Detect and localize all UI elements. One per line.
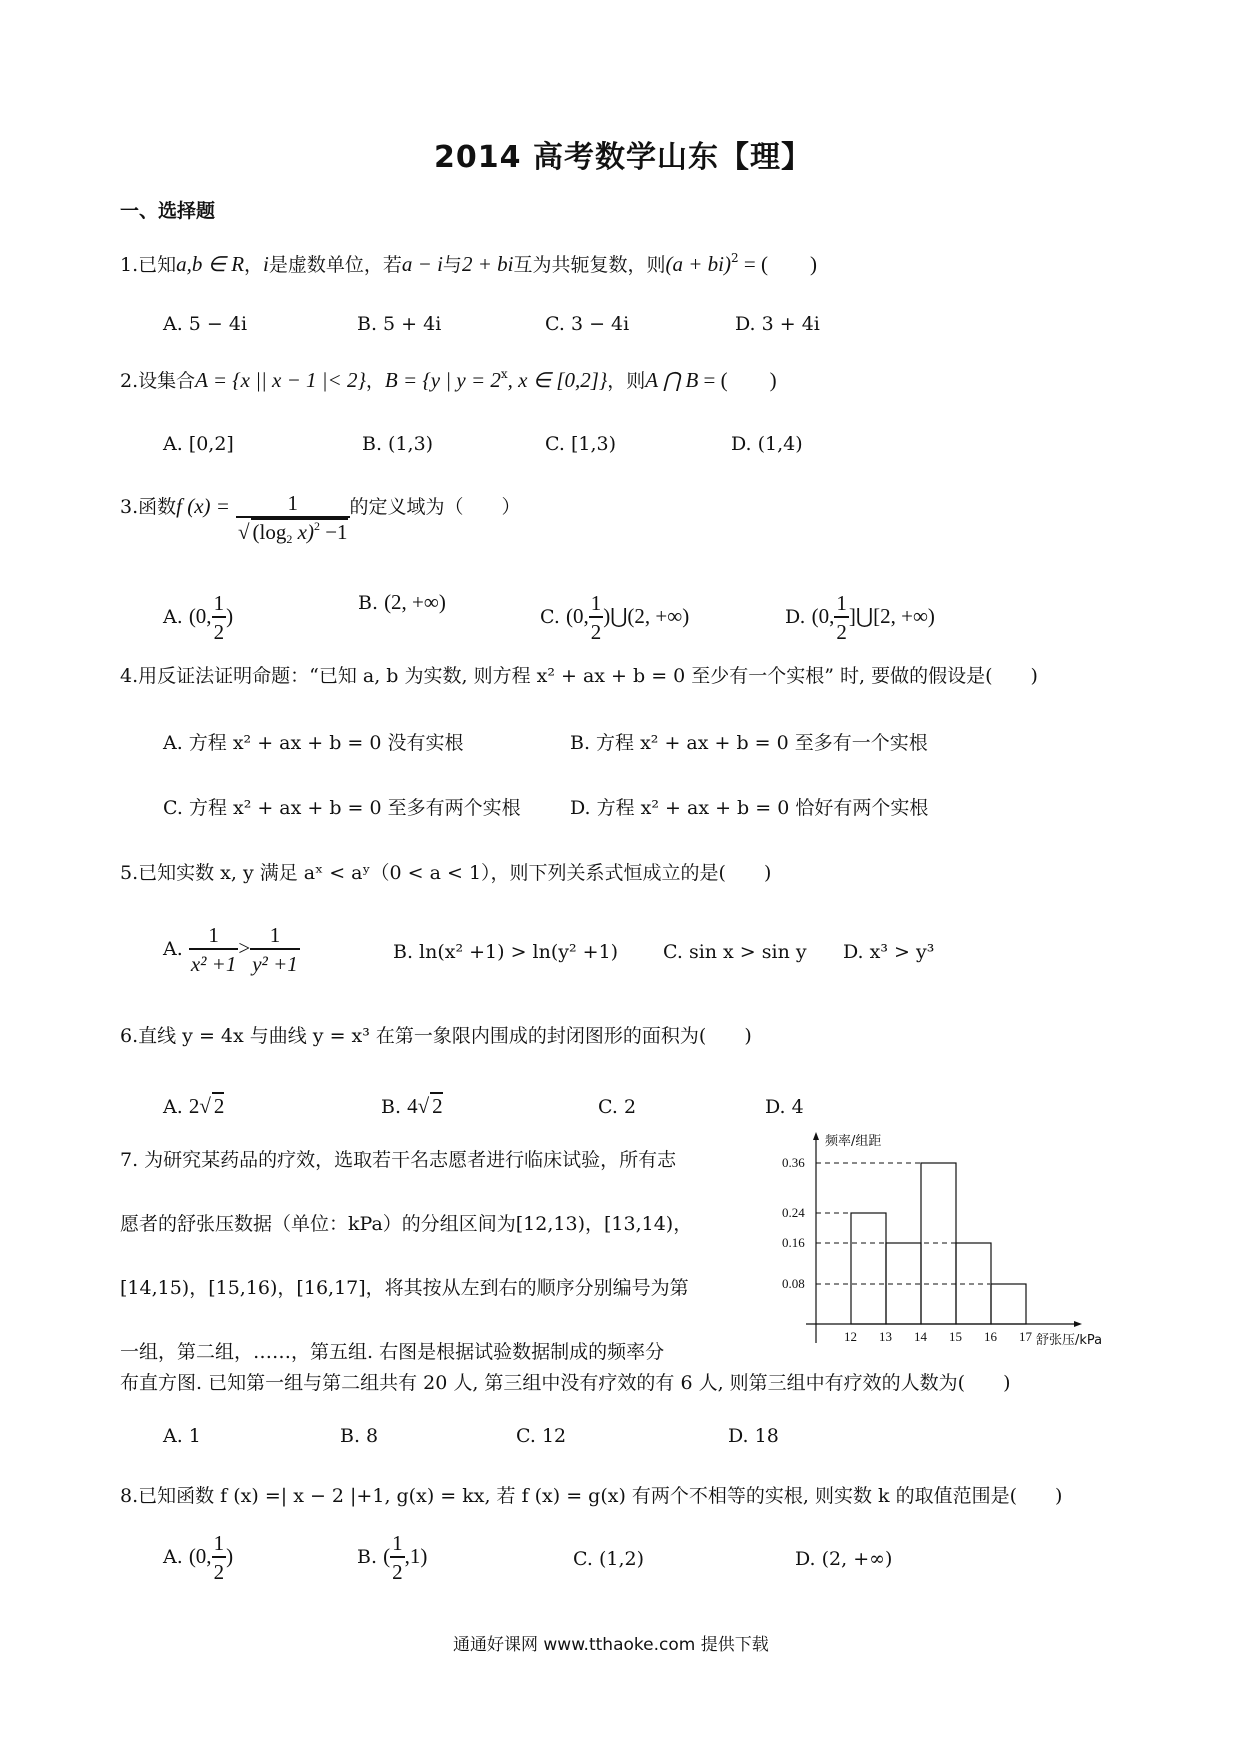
q7-line-5: 布直方图. 已知第一组与第二组共有 20 人, 第三组中没有疗效的有 6 人, … xyxy=(120,1371,1011,1395)
question-3: 3.函数f (x) = 1 √(log2 x)2 −1 的定义域为（ ） xyxy=(120,490,521,546)
math: A = {x || x − 1 |< 2} xyxy=(195,368,366,392)
q7-line-3: [14,15)，[15,16)，[16,17]，将其按从左到右的顺序分别编号为第 xyxy=(120,1276,689,1300)
x-tick-17: 17 xyxy=(1019,1329,1032,1345)
question-stem: 已知函数 f (x) =| x − 2 |+1, g(x) = kx, 若 f … xyxy=(138,1485,1062,1507)
math: ) xyxy=(226,604,233,628)
numerator: 1 xyxy=(250,922,300,950)
radical: (log2 x)2 −1 xyxy=(251,518,348,544)
q1-option-b: B. 5 + 4i xyxy=(357,312,441,336)
text: 的定义域为（ ） xyxy=(350,496,521,518)
y-tick-024: 0.24 xyxy=(782,1205,805,1221)
y-tick-036: 0.36 xyxy=(782,1155,805,1171)
q2-option-c: C. [1,3) xyxy=(545,432,616,456)
q1-option-d: D. 3 + 4i xyxy=(735,312,820,336)
numerator: 1 xyxy=(589,590,604,618)
x-tick-12: 12 xyxy=(844,1329,857,1345)
fraction: 12 xyxy=(212,590,227,646)
math: (log xyxy=(253,520,287,544)
q8-option-d: D. (2, +∞) xyxy=(795,1547,892,1571)
q8-option-b: B. (12,1) xyxy=(357,1530,427,1586)
math: 2 + bi xyxy=(462,252,514,276)
q7-option-c: C. 12 xyxy=(516,1424,566,1448)
math: (a + bi) xyxy=(665,252,731,276)
option-label: C. xyxy=(540,606,560,628)
denominator: √(log2 x)2 −1 xyxy=(236,518,350,546)
question-stem: 直线 y = 4x 与曲线 y = x³ 在第一象限内围成的封闭图形的面积为( … xyxy=(138,1025,752,1047)
numerator: 1 xyxy=(212,1530,227,1558)
option-label: B. xyxy=(358,592,378,614)
q5-option-b: B. ln(x² +1) > ln(y² +1) xyxy=(393,940,618,964)
question-stem: 用反证法证明命题：“已知 a, b 为实数, 则方程 x² + ax + b =… xyxy=(138,665,1038,687)
question-number: 3. xyxy=(120,496,138,518)
text: 已知 xyxy=(138,254,176,276)
text: ， xyxy=(244,254,263,276)
q2-option-d: D. (1,4) xyxy=(731,432,803,456)
denominator: 2 xyxy=(212,1558,227,1586)
q3-option-b: B. (2, +∞) xyxy=(358,590,446,615)
denominator: y² +1 xyxy=(250,950,300,978)
question-number: 8. xyxy=(120,1485,138,1507)
superscript: x xyxy=(501,367,508,381)
denominator: 2 xyxy=(212,618,227,646)
math: (0, xyxy=(566,604,589,628)
question-number: 4. xyxy=(120,665,138,687)
q1-option-a: A. 5 − 4i xyxy=(163,312,247,336)
text: ， xyxy=(366,370,385,392)
question-1: 1.已知a,b ∈ R，i是虚数单位，若a − i与2 + bi互为共轭复数，则… xyxy=(120,252,817,277)
x-tick-14: 14 xyxy=(914,1329,927,1345)
denominator: 2 xyxy=(834,618,849,646)
math: (0, xyxy=(812,604,835,628)
q4-option-b: B. 方程 x² + ax + b = 0 至多有一个实根 xyxy=(570,731,928,755)
q2-option-b: B. (1,3) xyxy=(362,432,433,456)
answer-blank: = ( ) xyxy=(698,368,776,392)
q7-option-b: B. 8 xyxy=(340,1424,378,1448)
x-tick-15: 15 xyxy=(949,1329,962,1345)
q5-option-d: D. x³ > y³ xyxy=(843,940,934,964)
question-number: 6. xyxy=(120,1025,138,1047)
q8-option-a: A. (0,12) xyxy=(163,1530,233,1586)
q6-option-c: C. 2 xyxy=(598,1095,636,1119)
q3-option-a: A. (0,12) xyxy=(163,590,233,646)
math: (0, xyxy=(189,604,212,628)
text: ，则 xyxy=(607,370,645,392)
x-tick-16: 16 xyxy=(984,1329,997,1345)
q7-line-1: 7. 为研究某药品的疗效，选取若干名志愿者进行临床试验，所有志 xyxy=(120,1148,676,1172)
text: 函数 xyxy=(138,496,176,518)
question-number: 1. xyxy=(120,254,138,276)
option-label: A. xyxy=(163,1546,183,1568)
q2-option-a: A. [0,2] xyxy=(163,432,234,456)
math: A ⋂ B xyxy=(645,368,698,392)
math: ( xyxy=(383,1544,390,1568)
question-2: 2.设集合A = {x || x − 1 |< 2}，B = {y | y = … xyxy=(120,368,777,393)
question-number: 2. xyxy=(120,370,138,392)
q5-option-c: C. sin x > sin y xyxy=(663,940,807,964)
q6-option-b: B. 4√2 xyxy=(381,1092,443,1119)
radicand: 2 xyxy=(430,1092,443,1118)
x-axis-label: 舒张压/kPa xyxy=(1036,1329,1102,1348)
footer-credit: 通通好课网 www.tthaoke.com 提供下载 xyxy=(453,1630,769,1655)
text: 互为共轭复数，则 xyxy=(513,254,665,276)
sqrt-symbol: √ xyxy=(418,1094,430,1118)
frequency-histogram: 频率/组距 0.36 0.24 0.16 0.08 12 13 14 15 16… xyxy=(780,1128,1140,1363)
question-6: 6.直线 y = 4x 与曲线 y = x³ 在第一象限内围成的封闭图形的面积为… xyxy=(120,1024,752,1048)
q4-option-d: D. 方程 x² + ax + b = 0 恰好有两个实根 xyxy=(570,796,928,820)
page-title: 2014 高考数学山东【理】 xyxy=(434,132,812,176)
numerator: 1 xyxy=(834,590,849,618)
numerator: 1 xyxy=(236,490,350,518)
math: (0, xyxy=(189,1544,212,1568)
option-label: D. xyxy=(785,606,806,628)
math: x) xyxy=(292,520,314,544)
q5-option-a: A. 1x² +1>1y² +1 xyxy=(163,922,300,978)
superscript: 2 xyxy=(731,251,739,265)
option-label: A. xyxy=(163,1096,183,1118)
math: B = {y | y = 2 xyxy=(385,368,501,392)
fraction: 1 √(log2 x)2 −1 xyxy=(236,490,350,546)
question-8: 8.已知函数 f (x) =| x − 2 |+1, g(x) = kx, 若 … xyxy=(120,1484,1062,1508)
q4-option-c: C. 方程 x² + ax + b = 0 至多有两个实根 xyxy=(163,796,521,820)
q8-option-c: C. (1,2) xyxy=(573,1547,644,1571)
histogram-graphic xyxy=(780,1128,1140,1363)
q7-option-a: A. 1 xyxy=(163,1424,201,1448)
question-number: 5. xyxy=(120,862,138,884)
y-axis-label: 频率/组距 xyxy=(825,1130,881,1149)
math: 2 xyxy=(189,1094,200,1118)
option-label: B. xyxy=(381,1096,401,1118)
text: 是虚数单位，若 xyxy=(269,254,402,276)
math: a − i xyxy=(402,252,443,276)
math: 4 xyxy=(407,1094,418,1118)
text: 与 xyxy=(443,254,462,276)
math: −1 xyxy=(320,520,348,544)
radicand: 2 xyxy=(212,1092,225,1118)
denominator: 2 xyxy=(589,618,604,646)
option-label: A. xyxy=(163,606,183,628)
math: )⋃(2, +∞) xyxy=(603,604,689,628)
math: (2, +∞) xyxy=(384,590,446,614)
option-label: A. xyxy=(163,938,183,960)
text: 设集合 xyxy=(138,370,195,392)
q7-line-2: 愿者的舒张压数据（单位：kPa）的分组区间为[12,13)，[13,14)， xyxy=(120,1212,692,1236)
answer-blank: = ( ) xyxy=(739,252,817,276)
y-tick-016: 0.16 xyxy=(782,1235,805,1251)
fraction: 12 xyxy=(390,1530,405,1586)
question-stem: 已知实数 x, y 满足 aˣ < aʸ（0 < a < 1），则下列关系式恒成… xyxy=(138,862,771,884)
section-heading: 一、选择题 xyxy=(120,196,215,223)
q4-option-a: A. 方程 x² + ax + b = 0 没有实根 xyxy=(163,731,464,755)
q3-option-c: C. (0,12)⋃(2, +∞) xyxy=(540,590,689,646)
fraction: 1y² +1 xyxy=(250,922,300,978)
numerator: 1 xyxy=(189,922,239,950)
math: a,b ∈ R xyxy=(176,252,244,276)
numerator: 1 xyxy=(212,590,227,618)
question-5: 5.已知实数 x, y 满足 aˣ < aʸ（0 < a < 1），则下列关系式… xyxy=(120,861,771,885)
fraction: 12 xyxy=(212,1530,227,1586)
q3-option-d: D. (0,12]⋃[2, +∞) xyxy=(785,590,935,646)
math: f (x) = xyxy=(176,494,230,518)
math: ,1) xyxy=(405,1544,428,1568)
denominator: x² +1 xyxy=(189,950,239,978)
fraction: 12 xyxy=(834,590,849,646)
q6-option-d: D. 4 xyxy=(765,1095,804,1119)
question-4: 4.用反证法证明命题：“已知 a, b 为实数, 则方程 x² + ax + b… xyxy=(120,664,1038,688)
math: , x ∈ [0,2]} xyxy=(508,368,608,392)
fraction: 12 xyxy=(589,590,604,646)
option-label: B. xyxy=(357,1546,377,1568)
q7-option-d: D. 18 xyxy=(728,1424,779,1448)
fraction: 1x² +1 xyxy=(189,922,239,978)
math: ]⋃[2, +∞) xyxy=(849,604,935,628)
q7-line-4: 一组，第二组，……，第五组. 右图是根据试验数据制成的频率分 xyxy=(120,1340,664,1364)
math: > xyxy=(238,936,250,960)
y-tick-008: 0.08 xyxy=(782,1276,805,1292)
q1-option-c: C. 3 − 4i xyxy=(545,312,629,336)
numerator: 1 xyxy=(390,1530,405,1558)
denominator: 2 xyxy=(390,1558,405,1586)
math: ) xyxy=(226,1544,233,1568)
sqrt-symbol: √ xyxy=(199,1094,211,1118)
x-tick-13: 13 xyxy=(879,1329,892,1345)
q6-option-a: A. 2√2 xyxy=(163,1092,224,1119)
